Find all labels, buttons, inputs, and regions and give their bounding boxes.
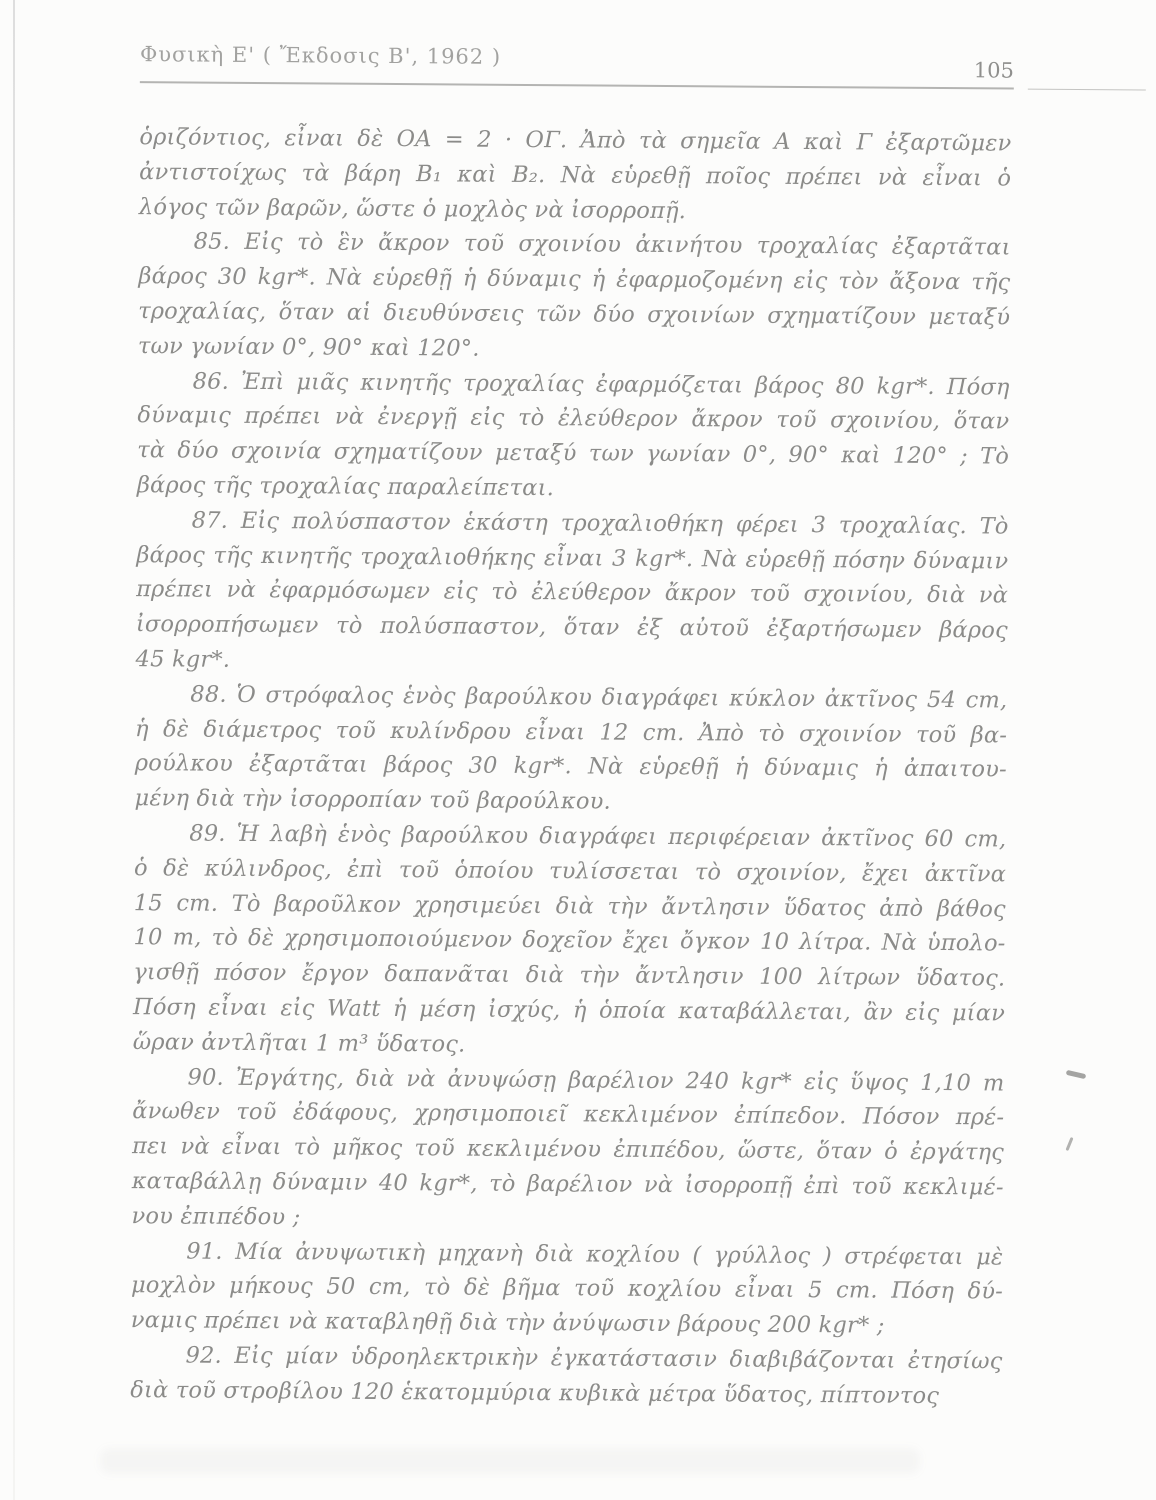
text-line: ἀντιστοίχως τὰ βάρη Β₁ καὶ Β₂. Νὰ εὑρεθῇ… bbox=[139, 155, 1011, 196]
text-line: νου ἐπιπέδου ; bbox=[131, 1199, 1003, 1240]
header-rule-extension bbox=[1028, 89, 1146, 91]
text-line: 89. Ἡ λαβὴ ἑνὸς βαρούλκου διαγράφει περι… bbox=[134, 816, 1006, 857]
page-body: ὁριζόντιος, εἶναι δὲ ΟΑ = 2 · ΟΓ. Ἀπὸ τὰ… bbox=[130, 120, 1011, 1414]
text-line: 88. Ὁ στρόφαλος ἑνὸς βαρούλκου διαγράφει… bbox=[135, 677, 1007, 718]
text-line: διὰ τοῦ στροβίλου 120 ἑκατομμύρια κυβικὰ… bbox=[130, 1373, 1002, 1414]
text-line: ὁ δὲ κύλινδρος, ἐπὶ τοῦ ὁποίου τυλίσσετα… bbox=[134, 851, 1006, 892]
text-line: ἰσορροπήσωμεν τὸ πολύσπαστον, ὅταν ἐξ αὐ… bbox=[136, 607, 1008, 648]
page-content: Φυσικὴ Ε' ( Ἔκδοσις Β', 1962 ) 105 ὁριζό… bbox=[0, 0, 1156, 1500]
page-header-title: Φυσικὴ Ε' ( Ἔκδοσις Β', 1962 ) bbox=[140, 42, 501, 69]
scan-smudge bbox=[100, 1448, 920, 1474]
scanned-book-page: Φυσικὴ Ε' ( Ἔκδοσις Β', 1962 ) 105 ὁριζό… bbox=[0, 0, 1156, 1500]
text-line: ὥραν ἀντλῆται 1 m³ ὕδατος. bbox=[133, 1025, 1005, 1066]
header-rule bbox=[140, 81, 1014, 89]
text-line: καταβάλλῃ δύναμιν 40 kgr*, τὸ βαρέλιον ν… bbox=[132, 1164, 1004, 1205]
text-line: Πόση εἶναι εἰς Watt ἡ μέση ἰσχύς, ἡ ὁποί… bbox=[133, 990, 1005, 1031]
page-number: 105 bbox=[964, 58, 1014, 82]
text-line: 92. Εἰς μίαν ὑδροηλεκτρικὴν ἐγκατάστασιν… bbox=[130, 1338, 1002, 1379]
text-line: 87. Εἰς πολύσπαστον ἑκάστη τροχαλιοθήκη … bbox=[136, 503, 1008, 544]
text-line: των γωνίαν 0°, 90° καὶ 120°. bbox=[138, 329, 1010, 370]
